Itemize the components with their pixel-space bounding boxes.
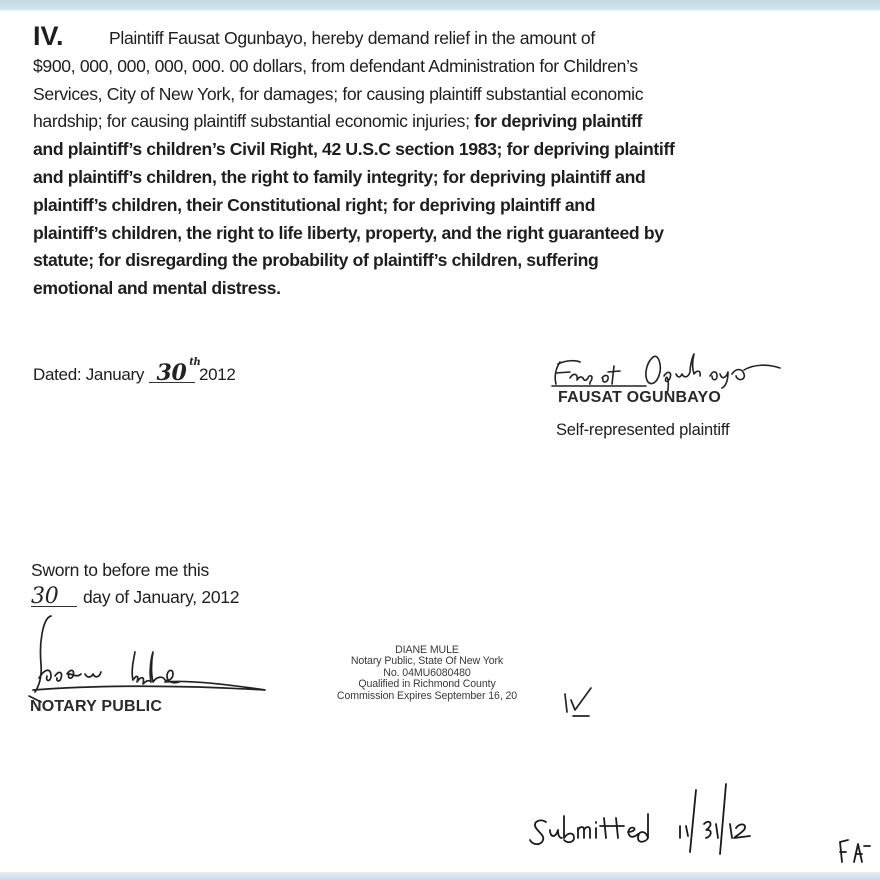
paragraph-line: emotional and mental distress. — [33, 275, 833, 303]
paragraph-line: Plaintiff Fausat Ogunbayo, hereby demand… — [33, 25, 833, 53]
plaintiff-signature-icon — [548, 340, 808, 392]
section-number: IV. — [33, 23, 64, 51]
relief-paragraph: IV. Plaintiff Fausat Ogunbayo, hereby de… — [33, 25, 833, 303]
stamp-year-handwritten-icon — [561, 686, 597, 720]
paragraph-line-normal: hardship; for causing plaintiff substant… — [33, 111, 474, 131]
dated-year: 2012 — [199, 365, 236, 384]
notary-stamp: DIANE MULE Notary Public, State Of New Y… — [296, 645, 558, 702]
paragraph-line: plaintiff’s children, their Constitution… — [33, 192, 833, 220]
notary-signature-icon — [25, 612, 275, 704]
plaintiff-printed-name: FAUSAT OGUNBAYO — [558, 389, 721, 407]
dated-line: Dated: January 30th 2012 — [33, 364, 236, 385]
submitted-annotation-icon — [528, 770, 880, 872]
jurat-day-handwritten: 30 — [31, 588, 77, 607]
paragraph-line-bold: for depriving plaintiff — [474, 111, 642, 131]
dated-day-handwritten: 30th — [149, 364, 195, 383]
paragraph-line: plaintiff’s children, the right to life … — [33, 220, 833, 248]
notary-public-label: NOTARY PUBLIC — [30, 698, 162, 716]
bottom-frame-band — [0, 872, 880, 880]
paragraph-line: Services, City of New York, for damages;… — [33, 81, 833, 109]
paragraph-line: $900, 000, 000, 000, 000. 00 dollars, fr… — [33, 53, 833, 81]
paragraph-line: hardship; for causing plaintiff substant… — [33, 108, 833, 136]
paragraph-line: statute; for disregarding the probabilit… — [33, 247, 833, 275]
stamp-line: Commission Expires September 16, 20 — [296, 691, 558, 702]
plaintiff-role: Self-represented plaintiff — [556, 421, 729, 440]
jurat-line-2: 30day of January, 2012 — [31, 584, 239, 611]
jurat-line-2-suffix: day of January, 2012 — [83, 587, 239, 607]
paragraph-line: and plaintiff’s children’s Civil Right, … — [33, 136, 833, 164]
dated-prefix: Dated: January — [33, 365, 144, 384]
jurat: Sworn to before me this 30day of January… — [31, 557, 239, 611]
top-frame-band — [0, 0, 880, 11]
stamp-line: Qualified in Richmond County — [296, 679, 558, 690]
dated-day-suffix: th — [189, 354, 200, 372]
jurat-line-1: Sworn to before me this — [31, 557, 239, 584]
paragraph-line: and plaintiff’s children, the right to f… — [33, 164, 833, 192]
